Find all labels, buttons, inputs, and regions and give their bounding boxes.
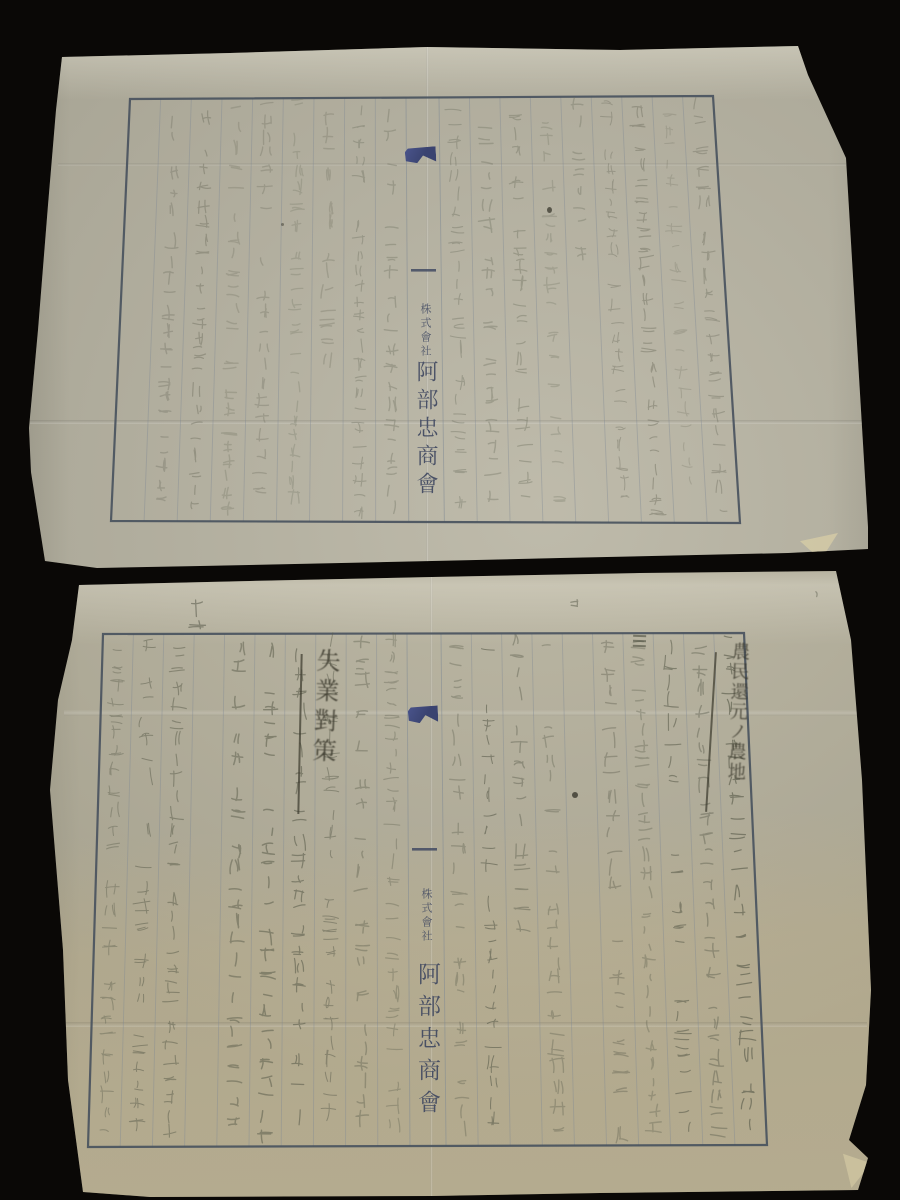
fold-ribbon-mark: [405, 146, 437, 164]
printed-page-number: 一: [408, 262, 438, 278]
company-imprint-prefix: 株式會社: [418, 888, 434, 944]
fold-crease: [30, 420, 868, 424]
ink-speck: [572, 792, 578, 798]
handwritten-annotation-right: 農民還元ノ農地: [704, 642, 764, 827]
annotation-text: 農民還元ノ農地: [722, 642, 753, 783]
torn-corner: [800, 533, 838, 560]
torn-corner: [843, 1150, 871, 1188]
ink-speck: [547, 207, 552, 213]
fold-crease: [58, 163, 846, 166]
annotation-text: 失業對策: [304, 647, 344, 768]
fold-crease: [55, 1022, 867, 1027]
photo-of-documents: 一 株式會社 阿部忠商會 一 株式會社 阿部忠商會 三 失業對策 農民還元ノ農地: [0, 0, 900, 1200]
handwritten-annotation-left: 失業對策: [297, 646, 339, 824]
annotation-emphasis-line: [705, 652, 717, 812]
company-imprint-name: 阿部忠商會: [410, 360, 441, 500]
printed-page-number: 一: [409, 841, 439, 857]
company-imprint-name: 阿部忠商會: [411, 962, 444, 1122]
ink-speck: [281, 223, 284, 226]
handwritten-section-number: 三: [633, 633, 647, 648]
annotation-emphasis-line: [297, 654, 302, 814]
fold-ribbon-mark: [408, 705, 439, 723]
company-imprint-prefix: 株式會社: [417, 303, 433, 359]
